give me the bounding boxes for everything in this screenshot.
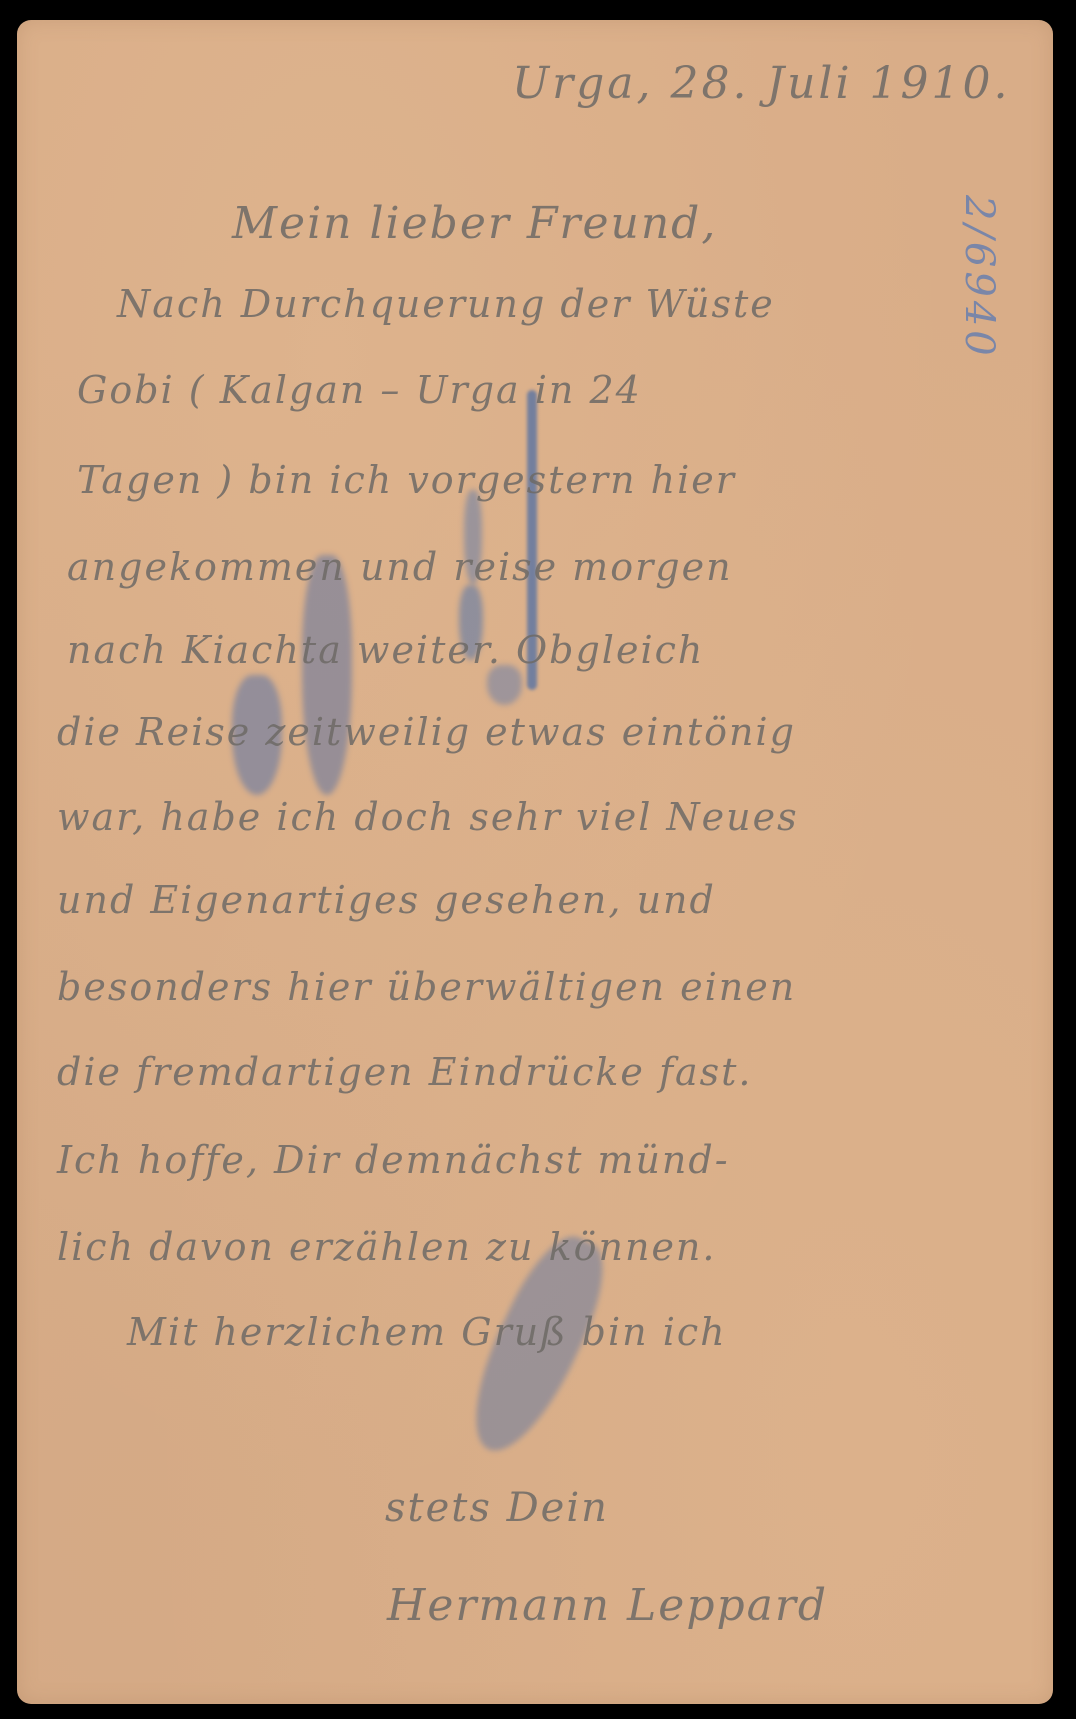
body-line: die fremdartigen Eindrücke fast. (57, 1050, 753, 1094)
ink-stain (302, 555, 352, 795)
body-line: war, habe ich doch sehr viel Neues (57, 795, 799, 839)
date-line: Urga, 28. Juli 1910. (512, 58, 1011, 109)
signature: Hermann Leppard (387, 1580, 828, 1631)
body-line: nach Kiachta weiter. Obgleich (67, 628, 704, 672)
body-line: angekommen und reise morgen (67, 545, 733, 589)
body-line: Nach Durchquerung der Wüste (117, 282, 775, 326)
archive-number: 2/6940 (956, 195, 1002, 360)
postcard: Urga, 28. Juli 1910. 2/6940 Mein lieber … (17, 20, 1053, 1704)
closing: stets Dein (385, 1485, 609, 1531)
body-line: Mit herzlichem Gruß bin ich (127, 1310, 727, 1354)
body-line: und Eigenartiges gesehen, und (57, 878, 716, 922)
body-line: lich davon erzählen zu können. (57, 1225, 716, 1269)
body-line: Gobi ( Kalgan – Urga in 24 (77, 368, 642, 412)
salutation: Mein lieber Freund, (232, 198, 717, 249)
body-line: Ich hoffe, Dir demnächst münd- (57, 1138, 730, 1182)
body-line: die Reise zeitweilig etwas eintönig (57, 710, 796, 754)
body-line: besonders hier überwältigen einen (57, 965, 796, 1009)
body-line: Tagen ) bin ich vorgestern hier (77, 458, 736, 502)
